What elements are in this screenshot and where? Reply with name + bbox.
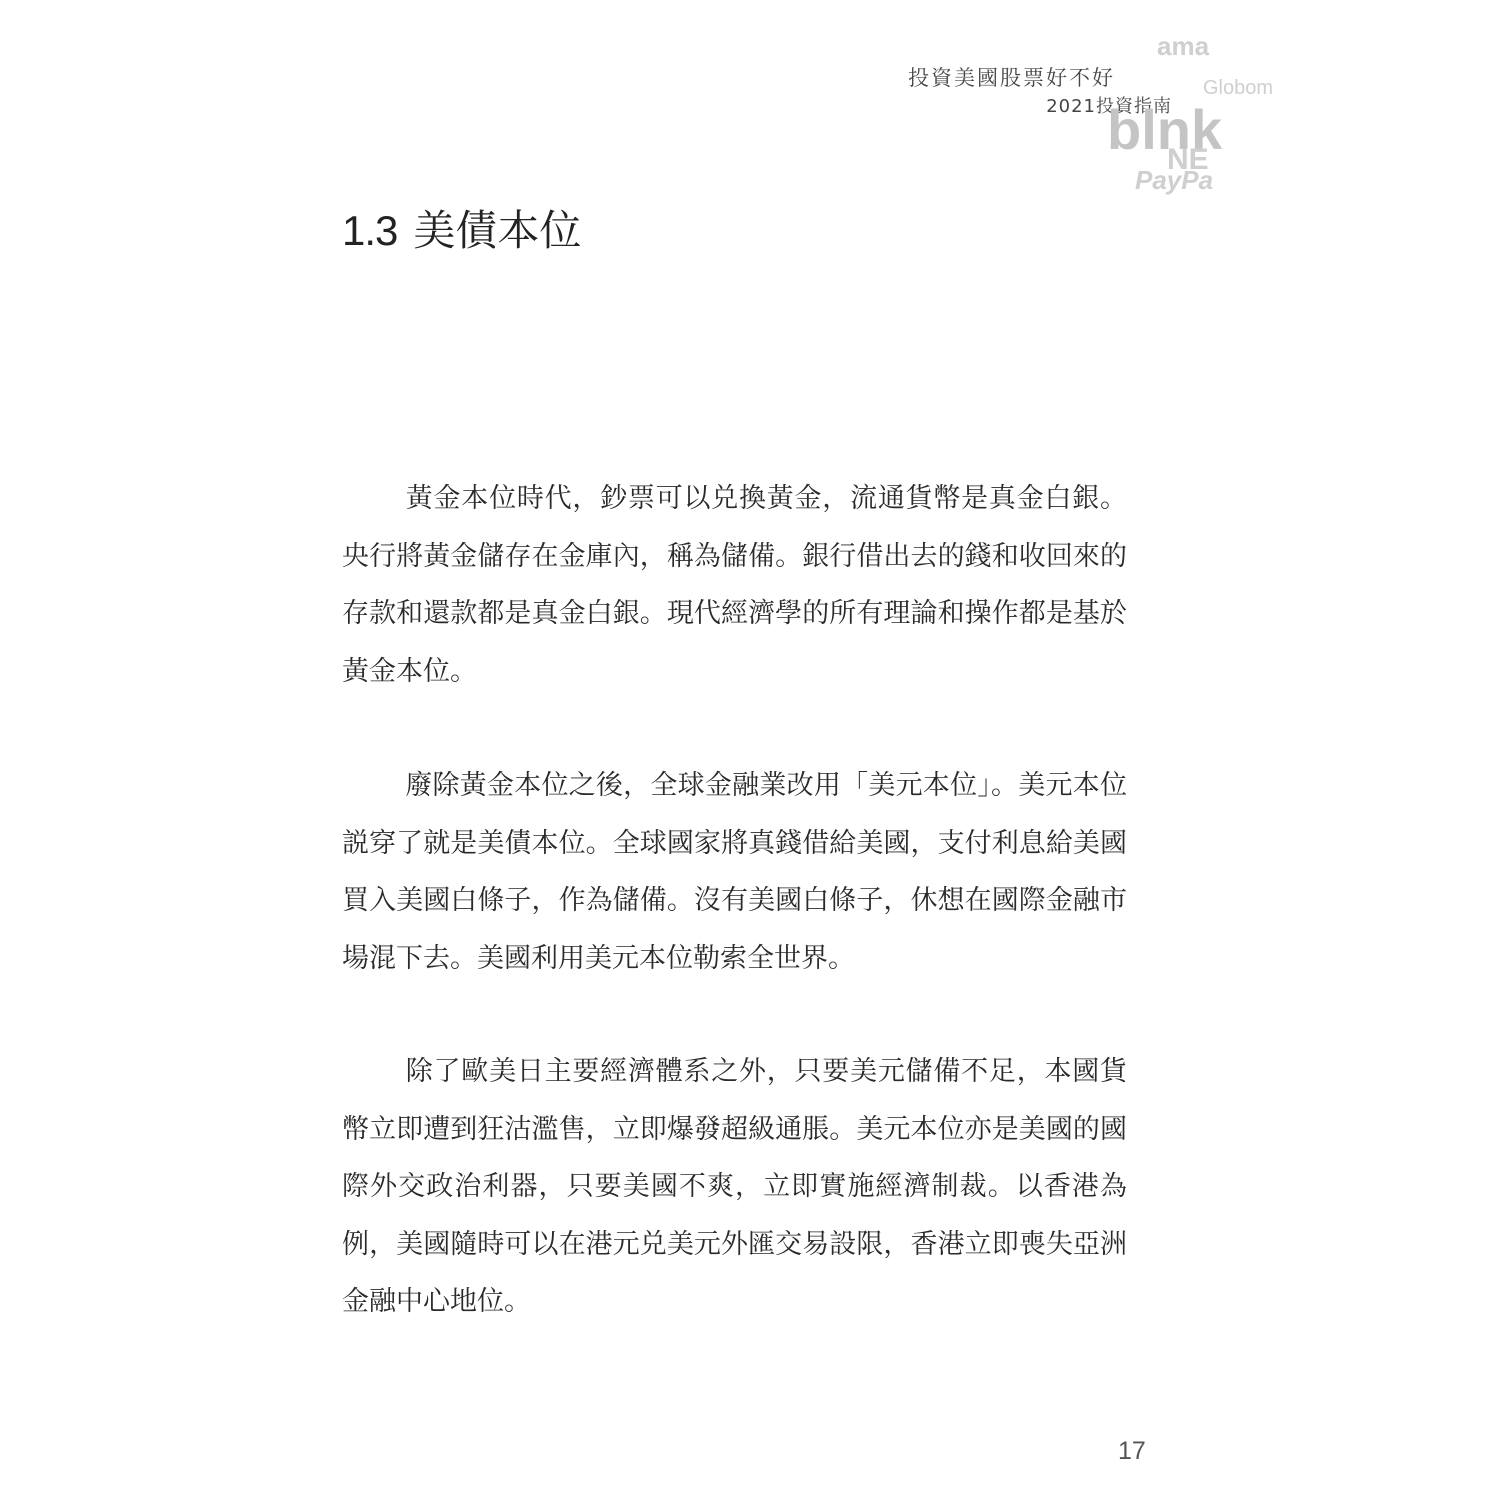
page-number: 17 [1118,1437,1146,1466]
section-heading: 1.3美債本位 [342,198,581,258]
logo-word: ama [1157,31,1209,62]
section-title: 美債本位 [413,206,581,255]
logo-word: PayPa [1135,165,1213,196]
paragraph-1: 黃金本位時代，鈔票可以兑換黃金，流通貨幣是真金白銀。央行將黃金儲存在金庫內，稱為… [342,470,1127,700]
brand-logo-cloud-image: ama Globom blnk NE PayPa [1095,35,1265,195]
paragraph-text: 黃金本位時代，鈔票可以兑換黃金，流通貨幣是真金白銀。央行將黃金儲存在金庫內，稱為… [342,483,1127,687]
section-number: 1.3 [342,207,397,254]
paragraph-3: 除了歐美日主要經濟體系之外，只要美元儲備不足，本國貨幣立即遭到狂沽濫售，立即爆發… [342,1043,1127,1331]
running-header-title: 投資美國股票好不好 [908,62,1115,92]
paragraph-text: 除了歐美日主要經濟體系之外，只要美元儲備不足，本國貨幣立即遭到狂沽濫售，立即爆發… [342,1056,1127,1317]
paragraph-text: 廢除黃金本位之後，全球金融業改用「美元本位」。美元本位説穿了就是美債本位。全球國… [342,770,1127,974]
paragraph-2: 廢除黃金本位之後，全球金融業改用「美元本位」。美元本位説穿了就是美債本位。全球國… [342,757,1127,987]
